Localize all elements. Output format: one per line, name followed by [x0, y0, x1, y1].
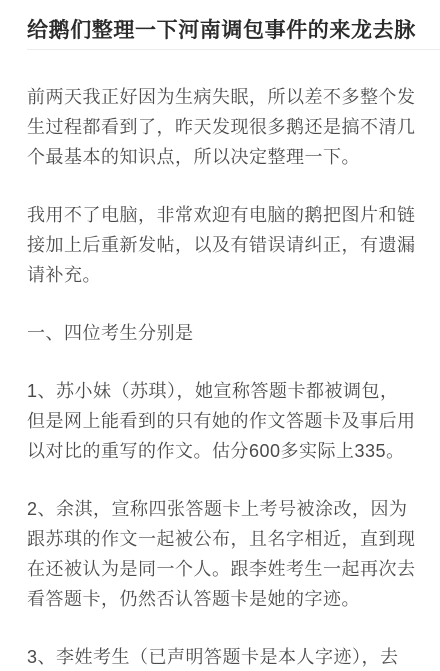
- list-item-2-yu-qi: 2、余淇，宣称四张答题卡上考号被涂改，因为 跟苏琪的作文一起被公布，且名字相近，…: [27, 494, 416, 614]
- article-title: 给鹅们整理一下河南调包事件的来龙去脉: [27, 16, 416, 46]
- intro-paragraph-1: 前两天我正好因为生病失眠，所以差不多整个发 生过程都看到了，昨天发现很多鹅还是搞…: [27, 82, 416, 172]
- intro-paragraph-2: 我用不了电脑，非常欢迎有电脑的鹅把图片和链 接加上后重新发帖，以及有错误请纠正，…: [27, 200, 416, 290]
- section-heading-candidates: 一、四位考生分别是: [27, 318, 416, 348]
- list-item-1-su-xiaomei: 1、苏小妹（苏琪），她宣称答题卡都被调包， 但是网上能看到的只有她的作文答题卡及…: [27, 376, 416, 466]
- article-page: 给鹅们整理一下河南调包事件的来龙去脉 前两天我正好因为生病失眠，所以差不多整个发…: [0, 0, 440, 671]
- title-divider: [27, 49, 440, 50]
- list-item-3-li-truncated: 3、李姓考生（已声明答题卡是本人字迹），去: [27, 642, 416, 671]
